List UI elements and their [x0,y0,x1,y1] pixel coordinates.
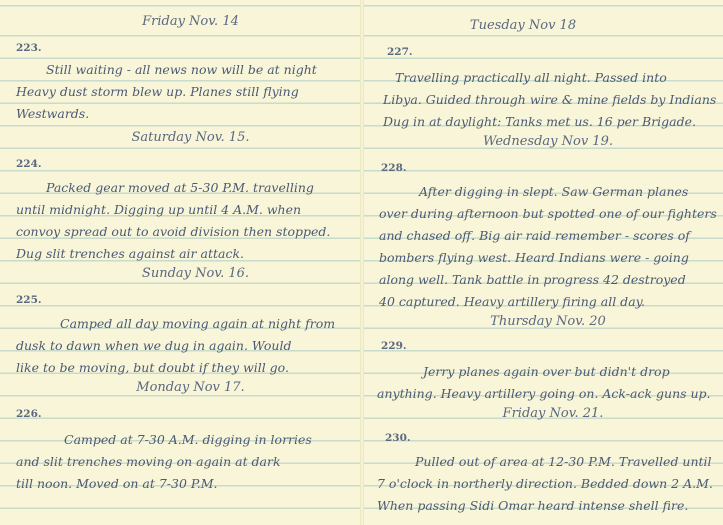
entry-line: Dug in at daylight: Tanks met us. 16 per… [383,114,696,129]
entry-number: 228. [381,162,407,174]
entry-line: over during afternoon but spotted one of… [379,206,717,221]
entry-line: 7 o'clock in northerly direction. Bedded… [377,476,713,491]
entry-line: Packed gear moved at 5-30 P.M. travellin… [46,180,314,195]
book-gutter [360,0,364,525]
entry-number: 229. [381,340,407,352]
day-heading: Thursday Nov. 20 [363,314,723,329]
day-heading: Sunday Nov. 16. [0,266,361,281]
entry-line: and chased off. Big air raid remember - … [379,228,690,243]
entry-line: like to be moving, but doubt if they wil… [16,360,289,375]
entry-line: After digging in slept. Saw German plane… [419,184,688,199]
entry-line: Jerry planes again over but didn't drop [423,364,670,379]
day-heading: Monday Nov 17. [0,380,361,395]
entry-line: Dug slit trenches against air attack. [16,246,244,261]
day-heading: Friday Nov. 14 [0,14,361,29]
entry-line: Heavy dust storm blew up. Planes still f… [16,84,299,99]
entry-line: Libya. Guided through wire & mine fields… [383,92,716,107]
entry-line: Still waiting - all news now will be at … [46,62,317,77]
entry-number: 224. [16,158,42,170]
entry-line: along well. Tank battle in progress 42 d… [379,272,686,287]
entry-number: 226. [16,408,42,420]
entry-line: Westwards. [16,106,89,121]
day-heading: Saturday Nov. 15. [0,130,361,145]
entry-number: 225. [16,294,42,306]
entry-line: Camped all day moving again at night fro… [60,316,335,331]
day-heading: Wednesday Nov 19. [363,134,723,149]
entry-line: Pulled out of area at 12-30 P.M. Travell… [415,454,712,469]
entry-line: convoy spread out to avoid division then… [16,224,330,239]
right-page: Tuesday Nov 18 227. Travelling practical… [362,0,723,525]
day-heading: Friday Nov. 21. [363,406,723,421]
left-page: Friday Nov. 14 223. Still waiting - all … [0,0,362,525]
diary-spread: Friday Nov. 14 223. Still waiting - all … [0,0,723,525]
entry-line: bombers flying west. Heard Indians were … [379,250,689,265]
entry-number: 223. [16,42,42,54]
entry-line: and slit trenches moving on again at dar… [16,454,281,469]
entry-line: Travelling practically all night. Passed… [395,70,667,85]
entry-line: Camped at 7-30 A.M. digging in lorries [64,432,312,447]
entry-number: 227. [387,46,413,58]
entry-line: dusk to dawn when we dug in again. Would [16,338,291,353]
day-heading: Tuesday Nov 18 [363,18,723,33]
entry-line: until midnight. Digging up until 4 A.M. … [16,202,301,217]
entry-number: 230. [385,432,411,444]
entry-line: anything. Heavy artillery going on. Ack-… [377,386,711,401]
entry-line: 40 captured. Heavy artillery firing all … [379,294,645,309]
entry-line: When passing Sidi Omar heard intense she… [377,498,688,513]
entry-line: till noon. Moved on at 7-30 P.M. [16,476,218,491]
